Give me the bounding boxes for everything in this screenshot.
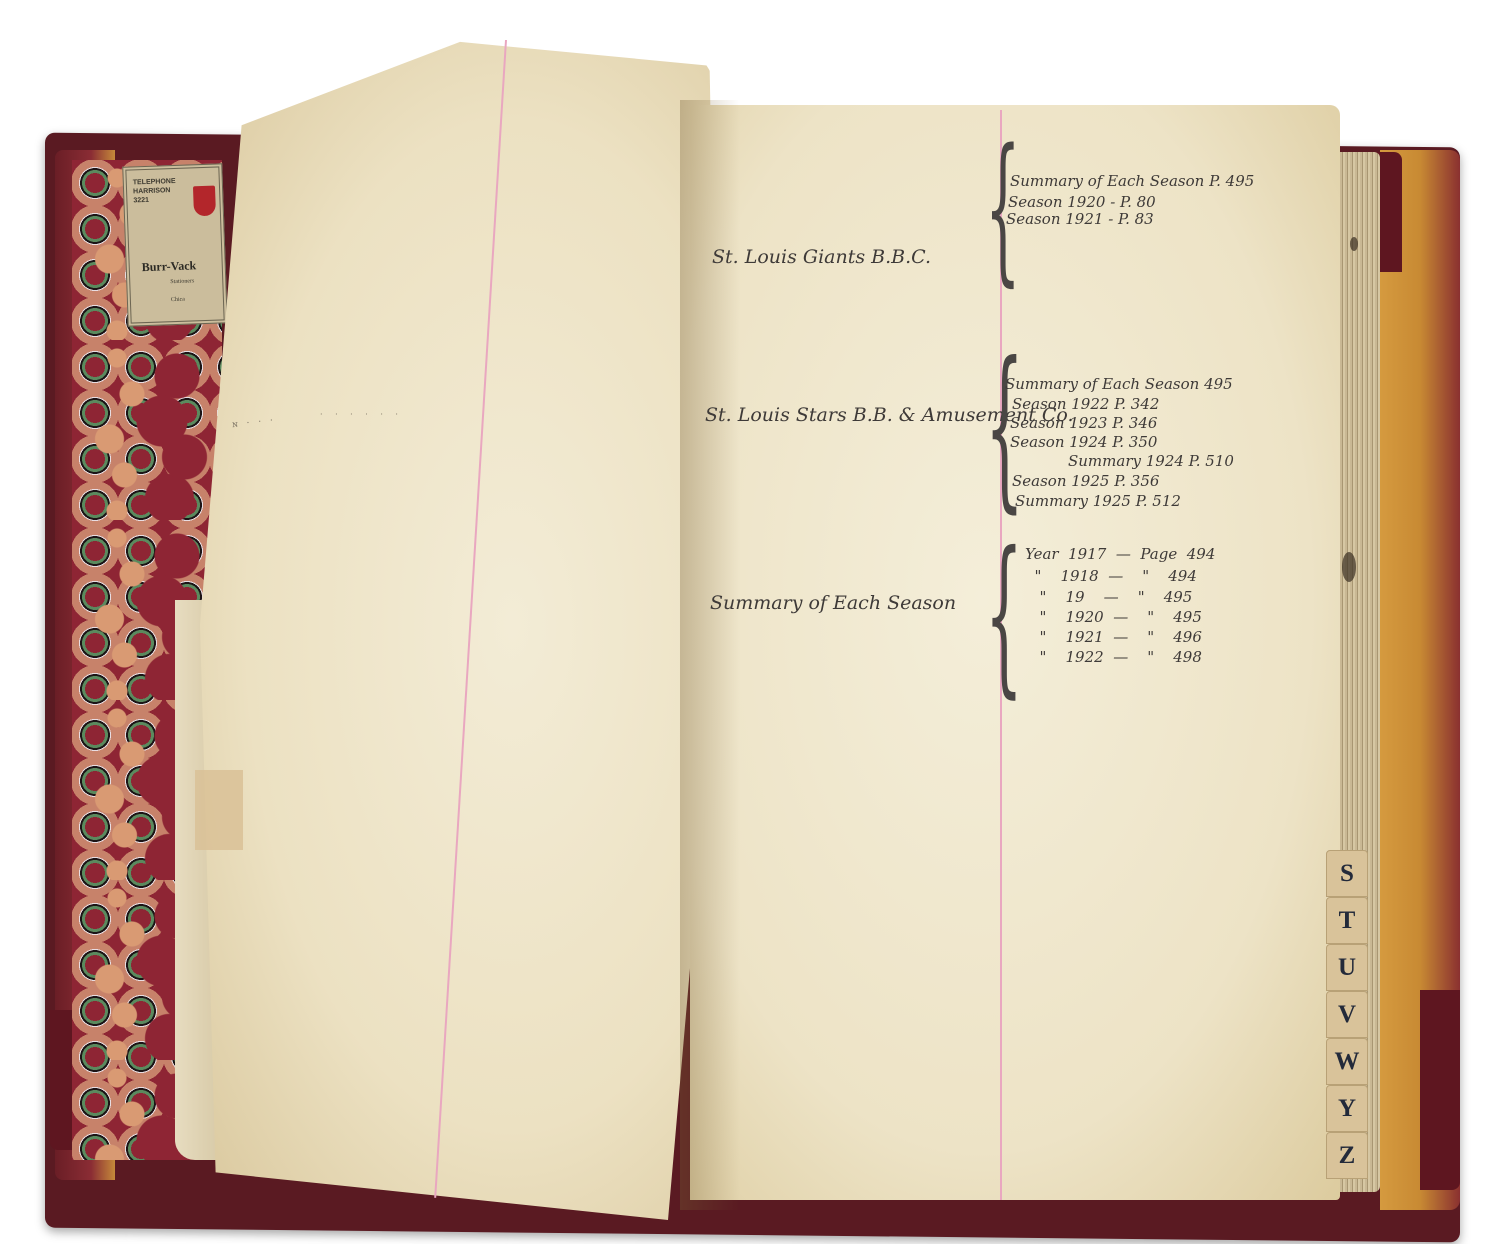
alphabet-index-tabs: S T U V W Y Z: [1326, 850, 1368, 1179]
index-tab-s[interactable]: S: [1326, 850, 1368, 897]
label-number-text: 3221: [133, 197, 149, 205]
ink-stain: [1350, 237, 1358, 251]
entry-line: Summary 1924 P. 510: [1068, 452, 1234, 470]
entry-line: " 1921 — " 496: [1030, 628, 1202, 646]
entry-line: Season 1923 P. 346: [1010, 414, 1157, 432]
index-tab-t[interactable]: T: [1326, 897, 1368, 944]
entry-line: " 1920 — " 495: [1030, 608, 1202, 626]
index-tab-v[interactable]: V: [1326, 991, 1368, 1038]
entry-line: Season 1922 P. 342: [1012, 395, 1159, 413]
label-line-1: Stationers: [170, 278, 194, 285]
entry-line: " 1922 — " 498: [1030, 648, 1202, 666]
shield-icon: [193, 186, 216, 217]
stationer-label: TELEPHONE HARRISON 3221 Burr-Vack Statio…: [122, 163, 228, 326]
entry-line: Season 1924 P. 350: [1010, 433, 1157, 451]
label-telephone-text: TELEPHONE: [133, 178, 176, 186]
ink-stain: [1342, 552, 1356, 582]
leather-corner-bottom-right: [1420, 990, 1460, 1190]
index-tab-y[interactable]: Y: [1326, 1085, 1368, 1132]
index-tab-z[interactable]: Z: [1326, 1132, 1368, 1179]
entry-line: Season 1925 P. 356: [1012, 472, 1159, 490]
ledger-photo: TELEPHONE HARRISON 3221 Burr-Vack Statio…: [0, 0, 1500, 1244]
label-exchange-text: HARRISON: [133, 187, 171, 195]
entry-line: Year 1917 — Page 494: [1025, 545, 1215, 563]
left-page[interactable]: [200, 30, 720, 1220]
entry-line: " 1918 — " 494: [1025, 567, 1197, 585]
entry-heading: Summary of Each Season: [710, 592, 956, 614]
entry-line: Season 1921 - P. 83: [1006, 210, 1154, 228]
entry-line: Summary 1925 P. 512: [1015, 492, 1181, 510]
entry-line: " 19 — " 495: [1030, 588, 1192, 606]
brace: {: [985, 530, 1023, 700]
paper-tape: [195, 770, 243, 850]
entry-line: Season 1920 - P. 80: [1008, 193, 1156, 211]
entry-line: Summary of Each Season 495: [1005, 375, 1233, 393]
entry-heading: St. Louis Giants B.B.C.: [712, 246, 931, 268]
label-company: Burr-Vack: [142, 258, 197, 275]
entry-line: Summary of Each Season P. 495: [1010, 172, 1254, 190]
label-line-2: Chica: [171, 297, 185, 303]
faint-marks: · · · · · ·: [320, 410, 403, 419]
index-tab-u[interactable]: U: [1326, 944, 1368, 991]
index-tab-w[interactable]: W: [1326, 1038, 1368, 1085]
label-telephone: TELEPHONE HARRISON 3221: [133, 177, 179, 206]
